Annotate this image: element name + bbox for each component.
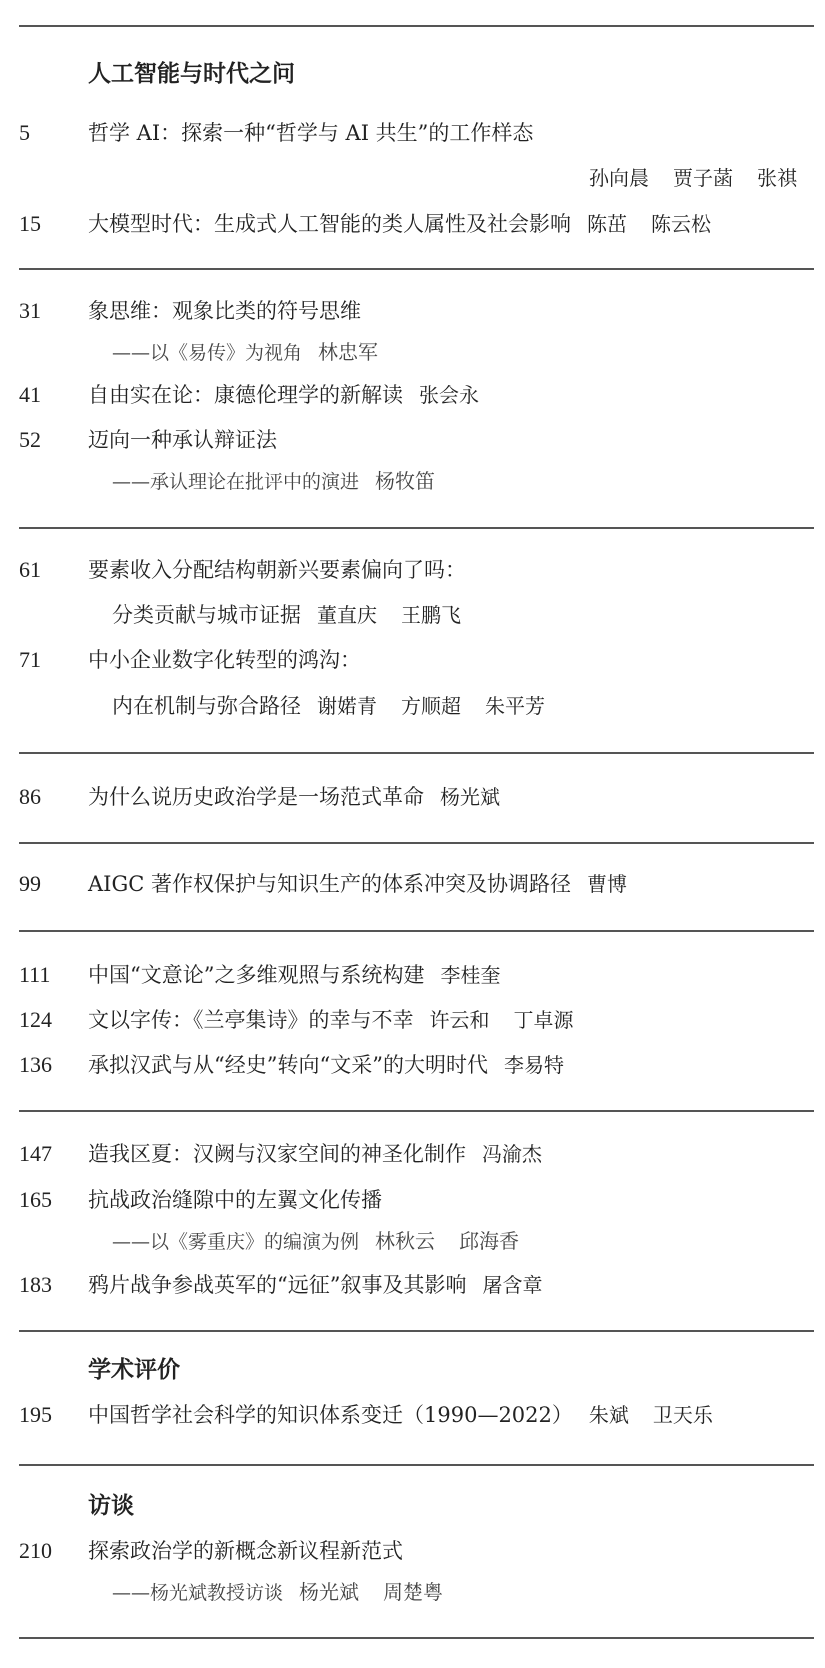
author: 李桂奎 <box>440 963 500 987</box>
author: 冯渝杰 <box>482 1142 542 1166</box>
divider <box>19 752 814 754</box>
page-number: 86 <box>19 782 41 812</box>
author: 谢婼青 <box>317 694 377 718</box>
page-number: 147 <box>19 1139 52 1169</box>
toc-entry[interactable]: 31 象思维：观象比类的符号思维 <box>0 296 825 326</box>
subtitle-line: ——以《雾重庆》的编演为例林秋云邱海香 <box>0 1226 825 1256</box>
toc-entry[interactable]: 147 造我区夏：汉阙与汉家空间的神圣化制作冯渝杰 <box>0 1139 825 1169</box>
article-title: 造我区夏：汉阙与汉家空间的神圣化制作冯渝杰 <box>88 1139 542 1169</box>
author: 杨光斌 <box>440 785 500 809</box>
subtitle-line: ——杨光斌教授访谈杨光斌周楚粤 <box>0 1577 825 1607</box>
article-title: 鸦片战争参战英军的“远征”叙事及其影响屠含章 <box>88 1270 542 1300</box>
divider <box>19 268 814 270</box>
author: 张祺 <box>757 166 797 190</box>
author: 王鹏飞 <box>401 603 461 627</box>
divider <box>19 842 814 844</box>
toc-entry[interactable]: 136 承拟汉武与从“经史”转向“文采”的大明时代李易特 <box>0 1050 825 1080</box>
page-number: 165 <box>19 1185 52 1215</box>
page-number: 52 <box>19 425 41 455</box>
divider <box>19 1637 814 1639</box>
author: 董直庆 <box>317 603 377 627</box>
author: 邱海香 <box>459 1229 519 1253</box>
article-title: 探索政治学的新概念新议程新范式 <box>88 1536 403 1566</box>
page-number: 15 <box>19 209 41 239</box>
toc-entry[interactable]: 61 要素收入分配结构朝新兴要素偏向了吗： <box>0 555 825 585</box>
author: 屠含章 <box>482 1273 542 1297</box>
author: 孙向晨 <box>589 166 649 190</box>
section-heading: 访谈 <box>88 1490 134 1522</box>
article-title: 象思维：观象比类的符号思维 <box>88 296 361 326</box>
toc-entry[interactable]: 183 鸦片战争参战英军的“远征”叙事及其影响屠含章 <box>0 1270 825 1300</box>
article-title: 为什么说历史政治学是一场范式革命杨光斌 <box>88 782 500 812</box>
article-title: 大模型时代：生成式人工智能的类人属性及社会影响陈茁陈云松 <box>88 209 711 239</box>
page-number: 136 <box>19 1050 52 1080</box>
toc-entry[interactable]: 165 抗战政治缝隙中的左翼文化传播 <box>0 1185 825 1215</box>
page-number: 124 <box>19 1005 52 1035</box>
article-subtitle: ——以《雾重庆》的编演为例 <box>112 1231 359 1253</box>
toc-entry[interactable]: 41 自由实在论：康德伦理学的新解读张会永 <box>0 380 825 410</box>
continuation-line: 分类贡献与城市证据董直庆王鹏飞 <box>0 600 825 630</box>
article-title: AIGC 著作权保护与知识生产的体系冲突及协调路径曹博 <box>88 869 627 899</box>
author: 杨光斌 <box>299 1580 359 1604</box>
toc-entry[interactable]: 52 迈向一种承认辩证法 <box>0 425 825 455</box>
divider <box>19 930 814 932</box>
section-heading: 学术评价 <box>88 1354 180 1386</box>
author-line: 孙向晨贾子菡张祺 <box>0 163 825 193</box>
article-title: 要素收入分配结构朝新兴要素偏向了吗： <box>88 555 466 585</box>
divider <box>19 1110 814 1112</box>
article-title: 中小企业数字化转型的鸿沟： <box>88 645 361 675</box>
page-number: 31 <box>19 296 41 326</box>
page-number: 111 <box>19 960 50 990</box>
section-heading: 人工智能与时代之问 <box>88 58 295 90</box>
author: 林秋云 <box>375 1229 435 1253</box>
toc-entry[interactable]: 5 哲学 AI：探索一种“哲学与 AI 共生”的工作样态 <box>0 118 825 148</box>
divider <box>19 1330 814 1332</box>
page-number: 195 <box>19 1400 52 1430</box>
page-number: 61 <box>19 555 41 585</box>
divider <box>19 1464 814 1466</box>
toc-entry[interactable]: 71 中小企业数字化转型的鸿沟： <box>0 645 825 675</box>
subtitle-line: ——承认理论在批评中的演进杨牧笛 <box>0 466 825 496</box>
page-number: 99 <box>19 869 41 899</box>
author: 陈云松 <box>651 212 711 236</box>
author: 朱斌 <box>589 1403 629 1427</box>
page-number: 71 <box>19 645 41 675</box>
article-title: 自由实在论：康德伦理学的新解读张会永 <box>88 380 479 410</box>
article-title: 中国“文意论”之多维观照与系统构建李桂奎 <box>88 960 500 990</box>
author: 贾子菡 <box>673 166 733 190</box>
article-title: 承拟汉武与从“经史”转向“文采”的大明时代李易特 <box>88 1050 564 1080</box>
article-title-continuation: 内在机制与弥合路径 <box>112 694 301 718</box>
toc-entry[interactable]: 210 探索政治学的新概念新议程新范式 <box>0 1536 825 1566</box>
author: 方顺超 <box>401 694 461 718</box>
divider <box>19 527 814 529</box>
author: 林忠军 <box>318 340 378 364</box>
author: 曹博 <box>587 872 627 896</box>
toc-entry[interactable]: 124 文以字传：《兰亭集诗》的幸与不幸许云和丁卓源 <box>0 1005 825 1035</box>
author: 朱平芳 <box>485 694 545 718</box>
article-title-continuation: 分类贡献与城市证据 <box>112 603 301 627</box>
article-subtitle: ——杨光斌教授访谈 <box>112 1582 283 1604</box>
subtitle-line: ——以《易传》为视角林忠军 <box>0 337 825 367</box>
page-number: 5 <box>19 118 30 148</box>
article-title: 迈向一种承认辩证法 <box>88 425 277 455</box>
continuation-line: 内在机制与弥合路径谢婼青方顺超朱平芳 <box>0 691 825 721</box>
author: 张会永 <box>419 383 479 407</box>
article-subtitle: ——以《易传》为视角 <box>112 342 302 364</box>
divider <box>19 25 814 27</box>
author: 周楚粤 <box>383 1580 443 1604</box>
toc-entry[interactable]: 99 AIGC 著作权保护与知识生产的体系冲突及协调路径曹博 <box>0 869 825 899</box>
page-number: 183 <box>19 1270 52 1300</box>
author: 李易特 <box>504 1053 564 1077</box>
toc-entry[interactable]: 86 为什么说历史政治学是一场范式革命杨光斌 <box>0 782 825 812</box>
page-number: 41 <box>19 380 41 410</box>
article-title: 抗战政治缝隙中的左翼文化传播 <box>88 1185 382 1215</box>
author: 许云和 <box>430 1008 490 1032</box>
author: 丁卓源 <box>514 1008 574 1032</box>
author: 陈茁 <box>587 212 627 236</box>
article-title: 中国哲学社会科学的知识体系变迁（1990—2022）朱斌卫天乐 <box>88 1400 713 1430</box>
article-subtitle: ——承认理论在批评中的演进 <box>112 471 359 493</box>
toc-entry[interactable]: 111 中国“文意论”之多维观照与系统构建李桂奎 <box>0 960 825 990</box>
article-title: 哲学 AI：探索一种“哲学与 AI 共生”的工作样态 <box>88 118 533 148</box>
article-title: 文以字传：《兰亭集诗》的幸与不幸许云和丁卓源 <box>88 1005 574 1035</box>
page-number: 210 <box>19 1536 52 1566</box>
author: 杨牧笛 <box>375 469 435 493</box>
toc-entry[interactable]: 15 大模型时代：生成式人工智能的类人属性及社会影响陈茁陈云松 <box>0 209 825 239</box>
toc-entry[interactable]: 195 中国哲学社会科学的知识体系变迁（1990—2022）朱斌卫天乐 <box>0 1400 825 1430</box>
author: 卫天乐 <box>653 1403 713 1427</box>
